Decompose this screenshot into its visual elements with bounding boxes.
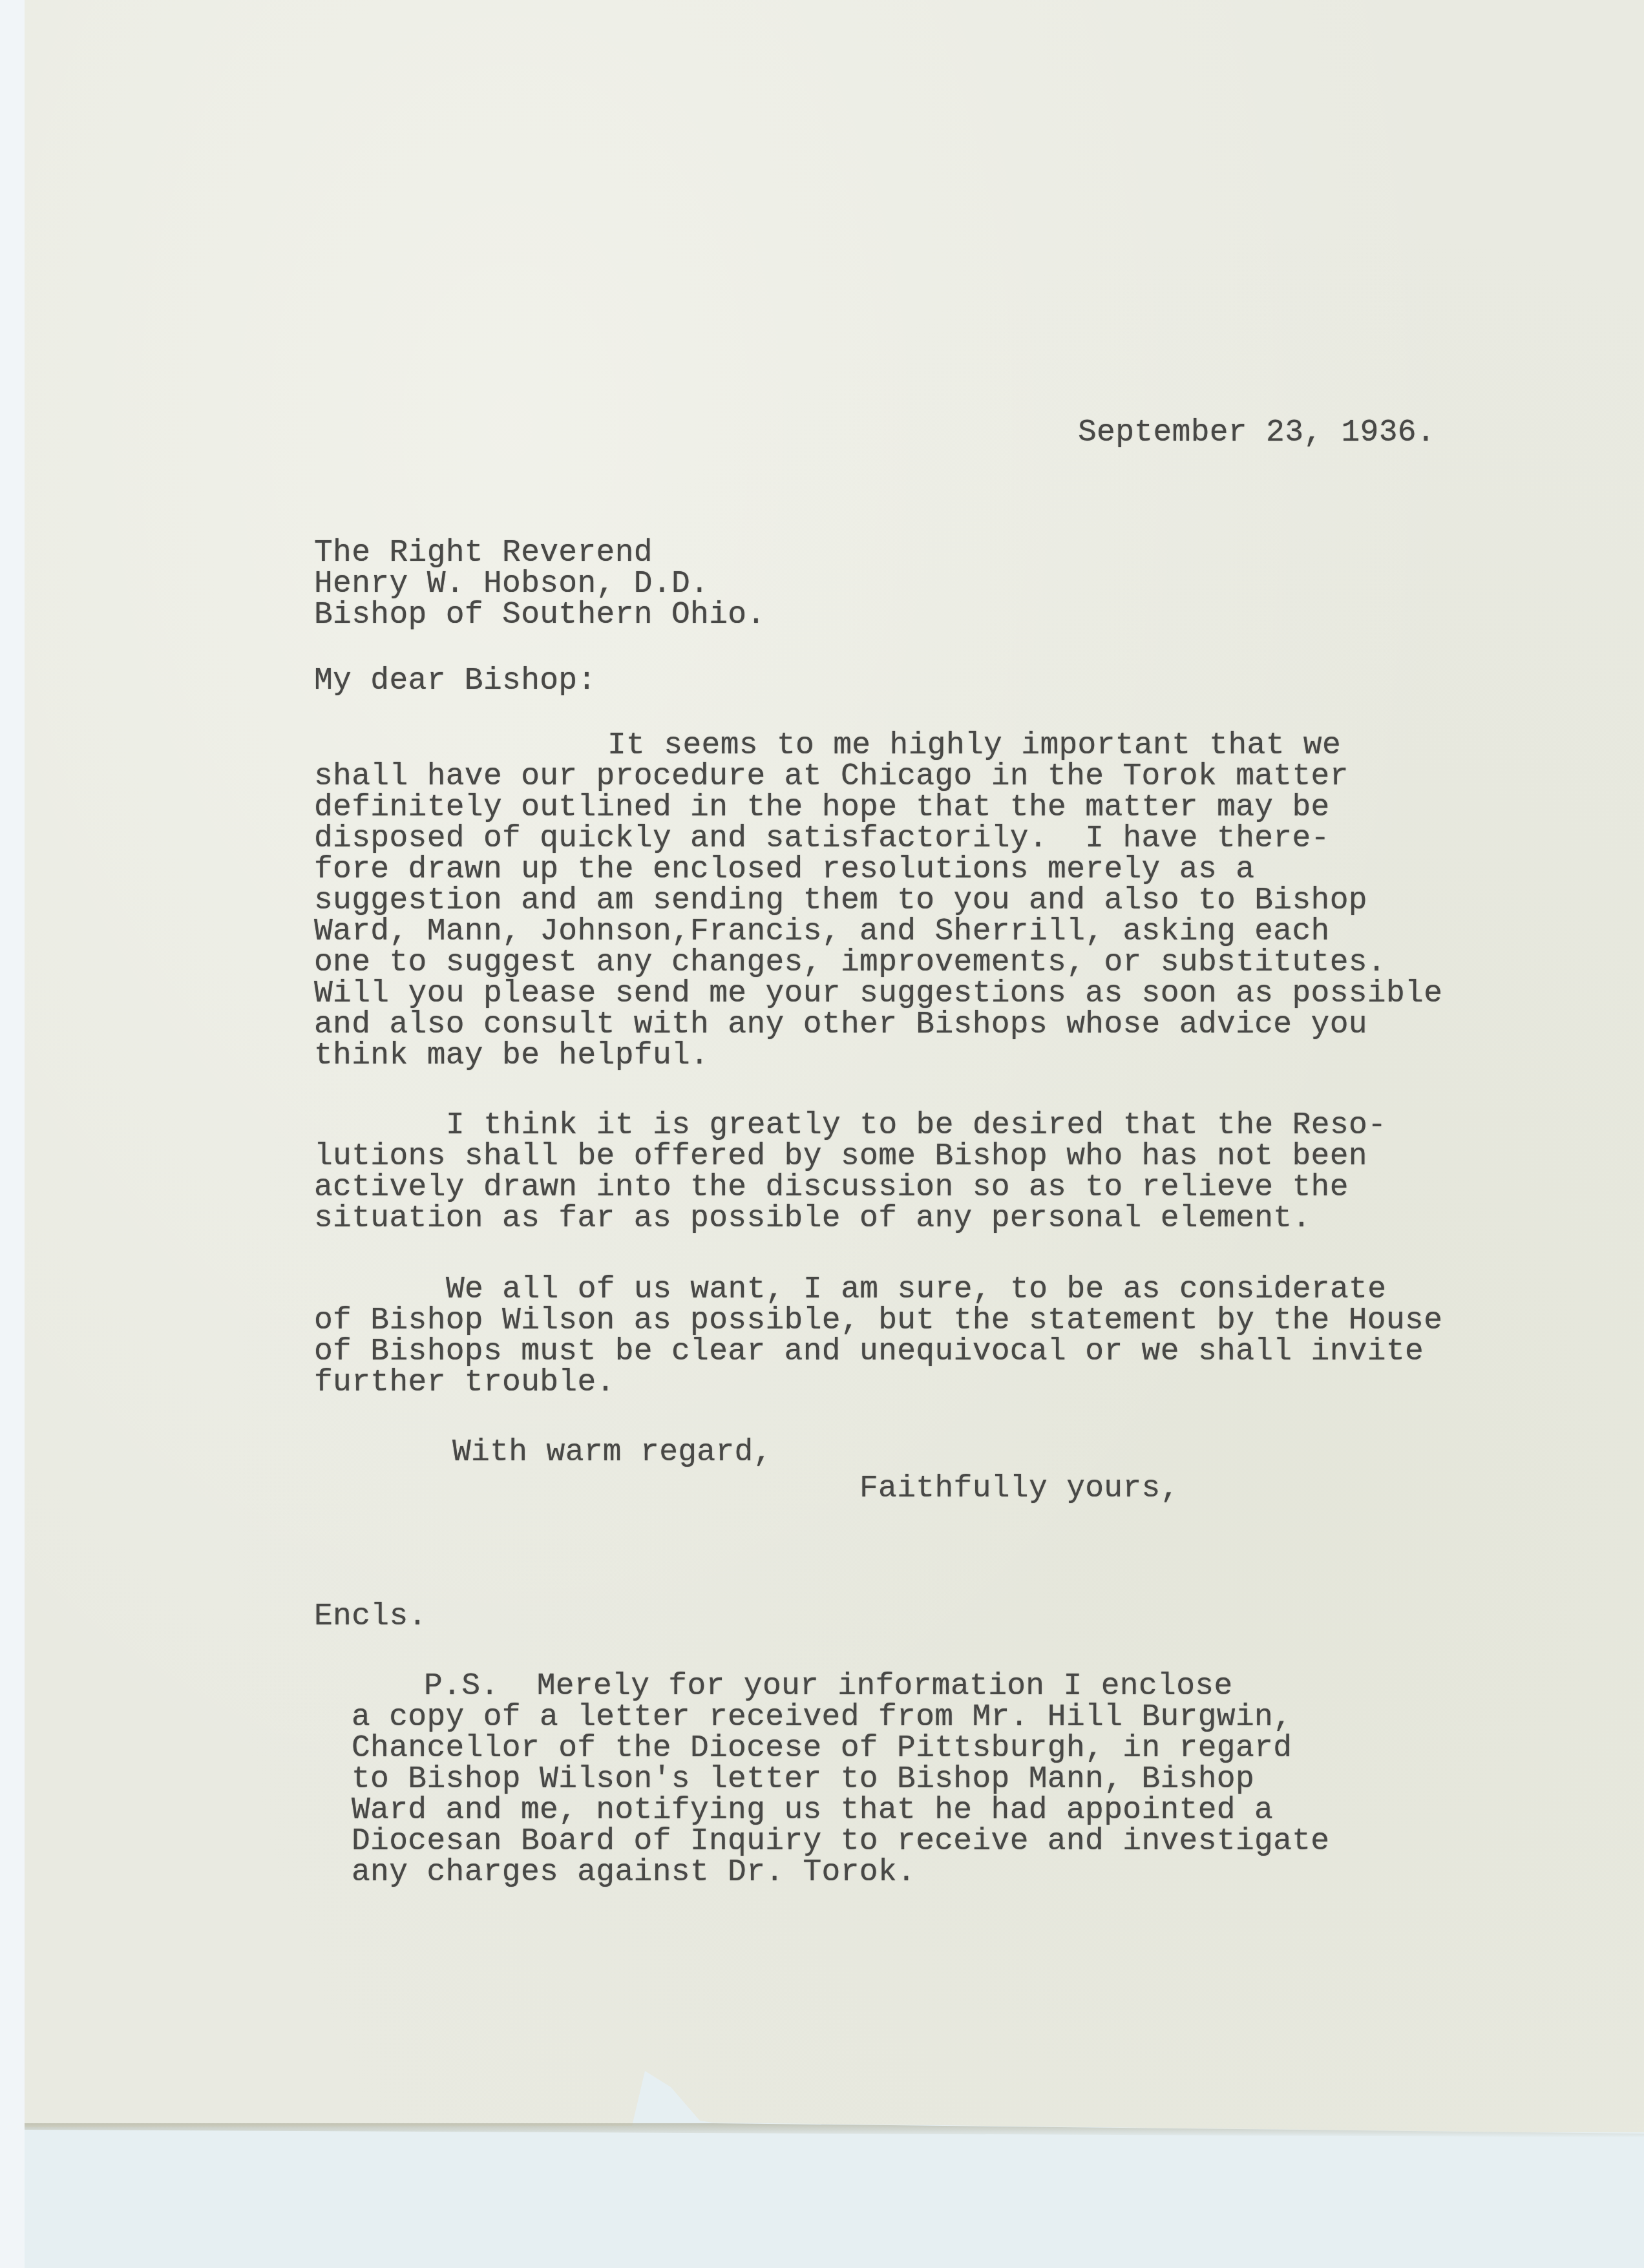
salutation: My dear Bishop: [314,666,596,697]
paragraph-1-line: Ward, Mann, Johnson,Francis, and Sherril… [314,916,1330,947]
closing-signoff: Faithfully yours, [859,1473,1179,1504]
postscript-line: Chancellor of the Diocese of Pittsburgh,… [352,1733,1292,1764]
enclosure-note: Encls. [314,1601,427,1632]
letter-date: September 23, 1936. [1078,417,1435,448]
paragraph-1-line: definitely outlined in the hope that the… [314,792,1330,823]
paragraph-3-line: We all of us want, I am sure, to be as c… [446,1274,1386,1305]
paragraph-1-line: shall have our procedure at Chicago in t… [314,761,1349,792]
paragraph-1-line: It seems to me highly important that we [607,730,1341,761]
postscript-line: Diocesan Board of Inquiry to receive and… [352,1826,1329,1857]
paragraph-1-line: and also consult with any other Bishops … [314,1009,1367,1040]
recipient-line-1: The Right Reverend [314,538,653,569]
paragraph-1-line: Will you please send me your suggestions… [314,978,1442,1009]
paragraph-3-line: of Bishop Wilson as possible, but the st… [314,1305,1442,1336]
paragraph-3-line: further trouble. [314,1367,615,1398]
scanner-background-strip [0,0,25,2268]
postscript-line: Ward and me, notifying us that he had ap… [352,1795,1273,1826]
postscript-line: a copy of a letter received from Mr. Hil… [352,1702,1292,1733]
paragraph-1-line: fore drawn up the enclosed resolutions m… [314,854,1254,885]
paragraph-1-line: one to suggest any changes, improvements… [314,947,1386,978]
paragraph-2-line: I think it is greatly to be desired that… [446,1110,1386,1141]
paragraph-1-line: disposed of quickly and satisfactorily. … [314,823,1330,854]
postscript-line: P.S. Merely for your information I enclo… [424,1671,1233,1702]
paragraph-2-line: lutions shall be offered by some Bishop … [314,1141,1367,1172]
paragraph-2-line: situation as far as possible of any pers… [314,1203,1311,1234]
recipient-line-3: Bishop of Southern Ohio. [314,600,766,631]
postscript-line: any charges against Dr. Torok. [352,1857,916,1888]
closing-regards: With warm regard, [452,1437,772,1468]
paragraph-3-line: of Bishops must be clear and unequivocal… [314,1336,1424,1367]
paragraph-1-line: think may be helpful. [314,1040,709,1071]
recipient-line-2: Henry W. Hobson, D.D. [314,569,709,600]
paragraph-2-line: actively drawn into the discussion so as… [314,1172,1349,1203]
paragraph-1-line: suggestion and am sending them to you an… [314,885,1367,916]
postscript-line: to Bishop Wilson's letter to Bishop Mann… [352,1764,1254,1795]
